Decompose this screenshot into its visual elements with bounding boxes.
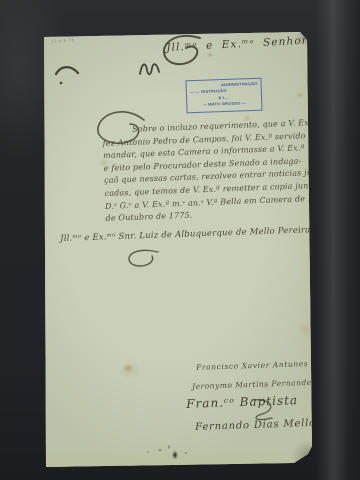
signature: Francisco Xavier Antunes: [196, 359, 308, 372]
stamp-line: — MATO GROSSO —: [190, 100, 258, 109]
address-flourish: [122, 248, 162, 270]
signature: Fran.ᶜᵒ Baptista: [186, 393, 298, 411]
manuscript-paper: 13 x 5 78 Jll.ᵐᵒ e Ex.ᵐᵒ Senhor ADMINIST…: [38, 26, 318, 472]
pencil-catalog-note: 13 x 5 78: [51, 37, 75, 44]
manuscript-photo: 13 x 5 78 Jll.ᵐᵒ e Ex.ᵐᵒ Senhor ADMINIST…: [0, 0, 360, 480]
backdrop-seam: [316, 0, 360, 480]
ink-mark-left: [54, 66, 80, 88]
signature-flourish: [248, 396, 278, 422]
address-line: Jll.ᵐᵒ e Ex.ᵐᵒ Snr. Luiz de Albuquerque …: [60, 225, 322, 244]
letter-body: Sobre o incluzo requerimento, que a V. E…: [102, 117, 322, 226]
archive-stamp: ADMINISTRAÇÃO —·— INSTRUÇÃO E L… — MATO …: [185, 78, 262, 114]
signature: Jeronymo Martins Fernandes: [192, 378, 316, 391]
